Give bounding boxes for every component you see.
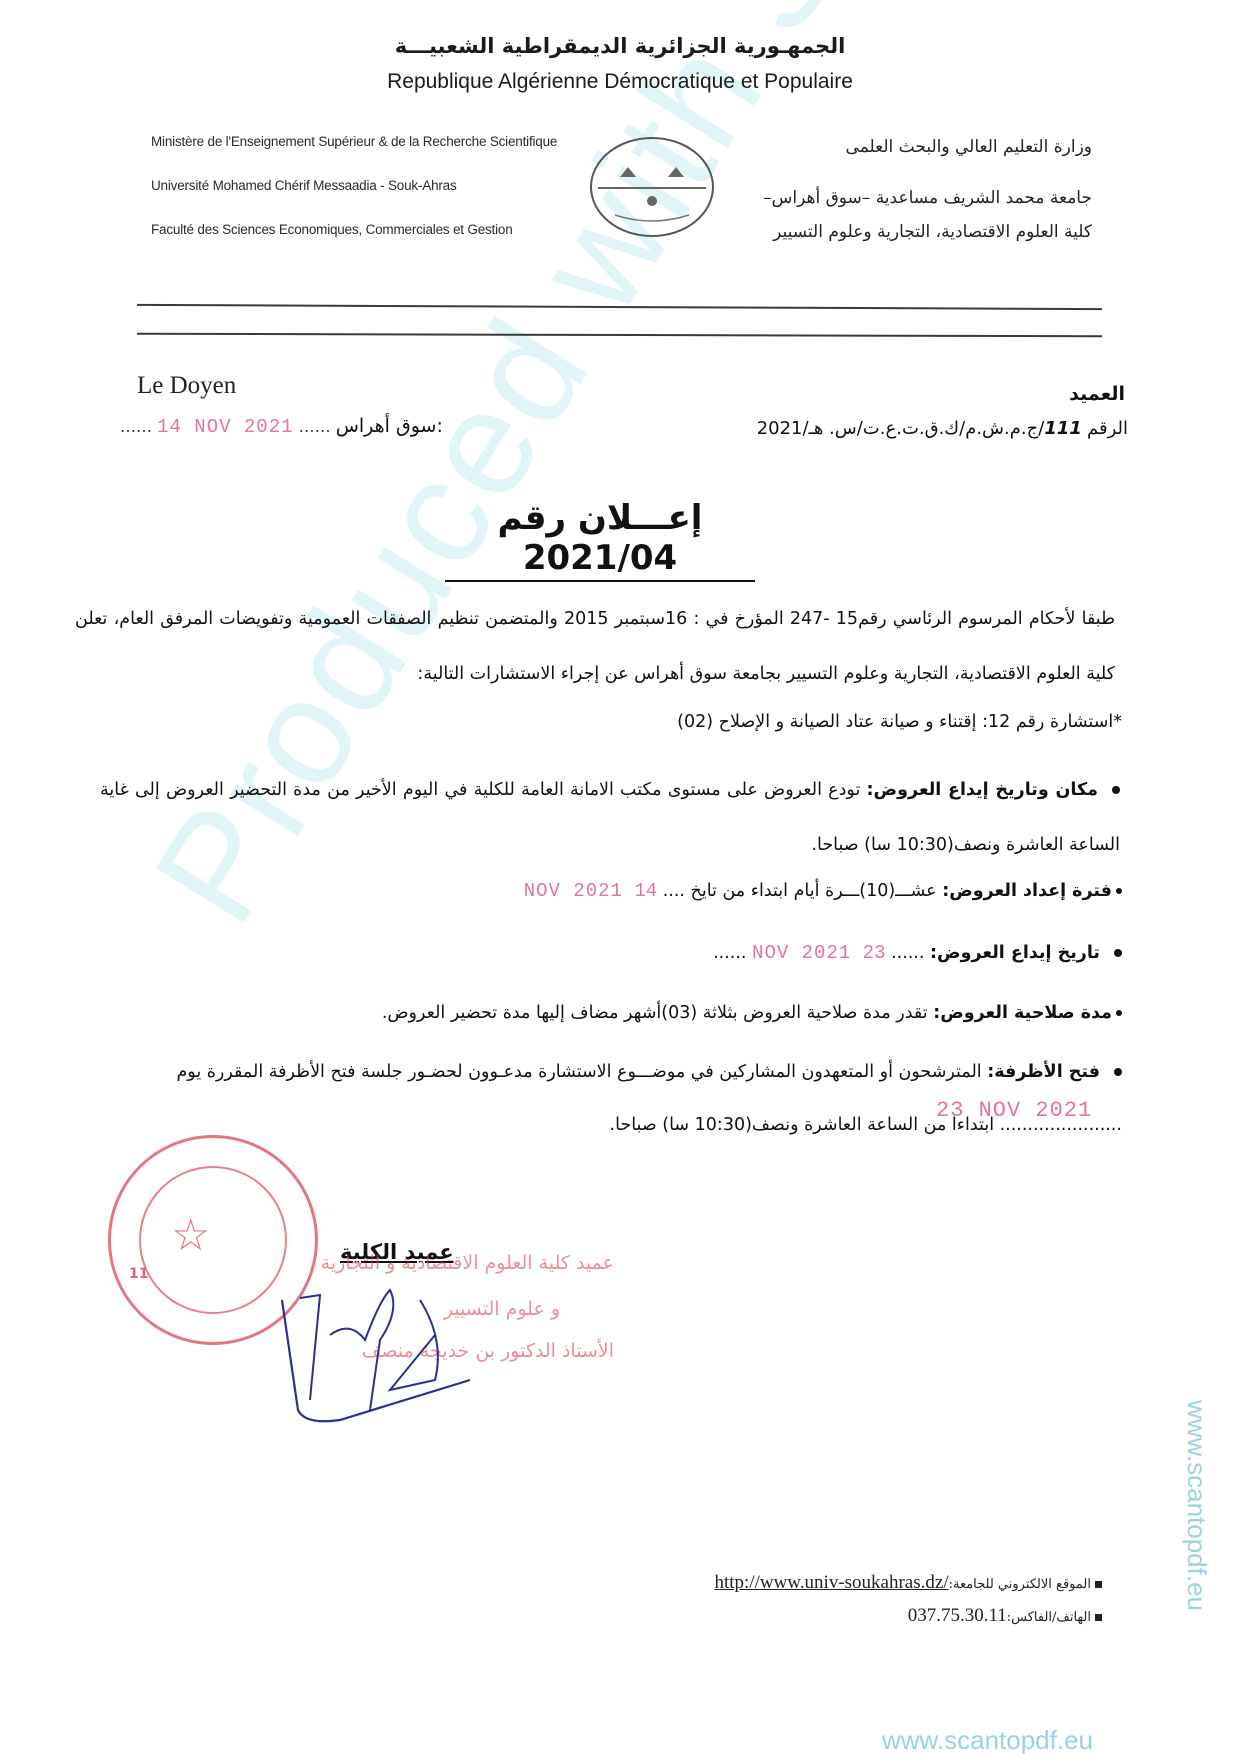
item-deposit-date: تاريخ إيداع العروض: ...... 23 NOV 2021 .…	[713, 942, 1122, 964]
bullet-icon	[1116, 888, 1122, 894]
header-rule-bottom	[137, 333, 1102, 338]
bottom-watermark: www.scantopdf.eu	[882, 1725, 1093, 1754]
university-ar: جامعة محمد الشريف مساعدية –سوق أهراس–	[712, 188, 1092, 208]
deposit-date-stamp: 23 NOV 2021	[752, 942, 885, 964]
opening-date-stamp: 23 NOV 2021	[936, 1098, 1092, 1123]
consultation-line: *استشارة رقم 12: إقتناء و صيانة عتاد الص…	[677, 712, 1122, 732]
item-deposit-place: مكان وتاريخ إيداع العروض: تودع العروض عل…	[100, 763, 1120, 873]
website-link[interactable]: http://www.univ-soukahras.dz/	[714, 1572, 948, 1593]
faculty-ar: كلية العلوم الاقتصادية، التجارية وعلوم ا…	[712, 222, 1092, 242]
square-bullet-icon	[1095, 1614, 1102, 1621]
announcement-title: إعـــلان رقم 2021/04	[445, 498, 755, 582]
bullet-icon	[1114, 1068, 1122, 1076]
side-watermark: www.scantopdf.eu	[1181, 1400, 1212, 1611]
item-validity: مدة صلاحية العروض: تقدر مدة صلاحية العرو…	[382, 1003, 1122, 1023]
star-icon: ☆	[171, 1210, 210, 1261]
footer-phone: الهاتف/الفاكس:037.75.30.11	[908, 1605, 1102, 1627]
place-date: …… 14 NOV 2021 …… سوق أهراس:	[120, 415, 443, 438]
item-opening: فتح الأظرفة: المترشحون أو المتعهدون المش…	[176, 1062, 1122, 1082]
faculty-fr: Faculté des Sciences Economiques, Commer…	[151, 222, 513, 237]
reference-number: 111	[1044, 418, 1082, 439]
intro-paragraph: طبقا لأحكام المرسوم الرئاسي رقم15 -247 ا…	[75, 592, 1115, 702]
square-bullet-icon	[1095, 1581, 1102, 1588]
reference-line: الرقم 111/ج.م.ش.م/ك.ق.ت.ع.ت/س. هـ/2021	[757, 418, 1128, 439]
reference-code: /ج.م.ش.م/ك.ق.ت.ع.ت/س. هـ/2021	[757, 418, 1045, 439]
republic-title-fr: Republique Algérienne Démocratique et Po…	[0, 70, 1240, 94]
doyen-label-fr: Le Doyen	[137, 372, 236, 400]
bullet-icon	[1116, 1010, 1122, 1016]
doyen-label-ar: العميد	[1069, 383, 1125, 405]
place-label: سوق أهراس:	[336, 415, 443, 437]
place-date-stamp: 14 NOV 2021	[157, 416, 293, 438]
ministry-ar: وزارة التعليم العالي والبحث العلمى	[752, 137, 1092, 157]
bullet-icon	[1114, 949, 1122, 957]
university-emblem-icon	[590, 137, 714, 237]
signature-icon	[270, 1280, 490, 1430]
item-preparation-period: فترة إعداد العروض: عشـــ(10)ـــرة أيام ا…	[524, 880, 1122, 902]
header-rule-top	[137, 304, 1102, 310]
phone-number: 037.75.30.11	[908, 1605, 1007, 1626]
preparation-date-stamp: 14 NOV 2021	[524, 880, 657, 902]
reference-label: الرقم	[1087, 418, 1128, 439]
dean-stamp-line-1: عميد كلية العلوم الاقتصادية و التجارية	[321, 1252, 614, 1274]
bullet-icon	[1112, 786, 1120, 794]
footer-website: الموقع الالكتروني للجامعة:http://www.uni…	[714, 1572, 1102, 1594]
university-fr: Université Mohamed Chérif Messaadia - So…	[151, 178, 457, 193]
ministry-fr: Ministère de l'Enseignement Supérieur & …	[151, 134, 557, 149]
republic-title-ar: الجمهـورية الجزائرية الديمقراطية الشعبيـ…	[0, 34, 1240, 58]
